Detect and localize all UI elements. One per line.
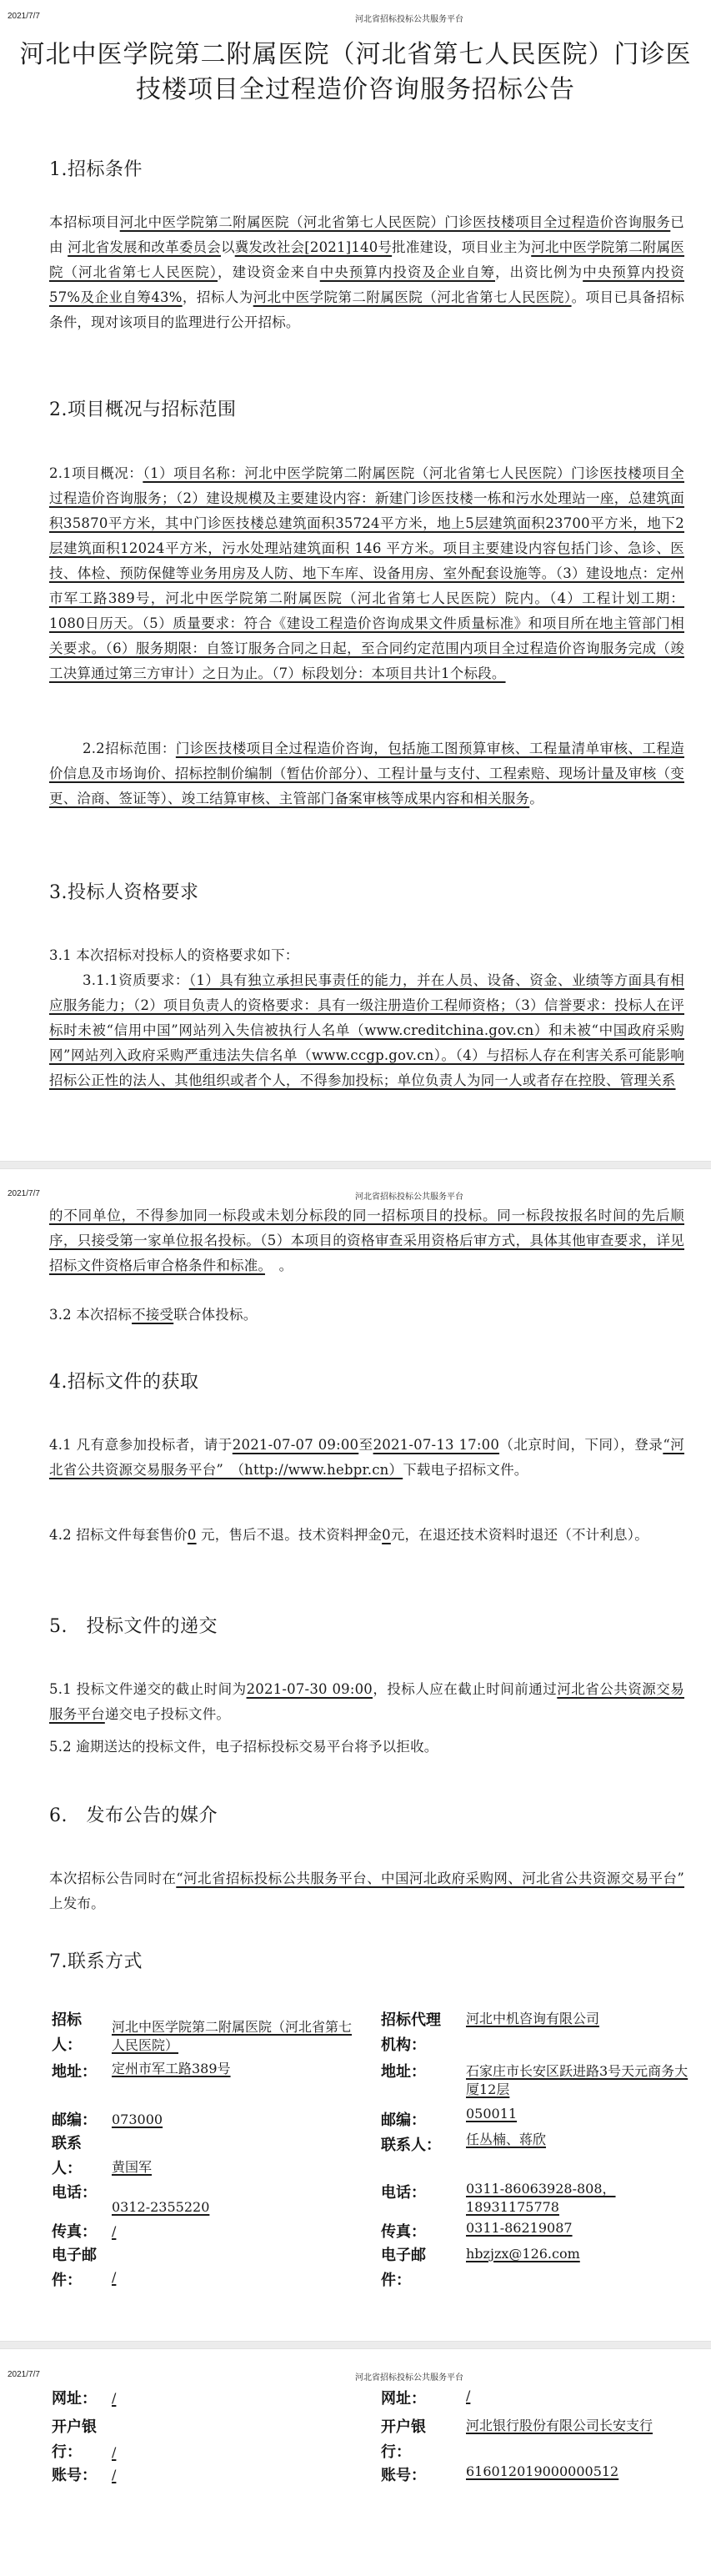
section-heading-4: 4.招标文件的获取	[49, 1368, 199, 1393]
text: ，建设资金来自	[218, 264, 320, 280]
print-date: 2021/7/7	[8, 1189, 40, 1198]
address-label: 地址：	[381, 2060, 426, 2085]
bank-label: 开户银行：	[381, 2415, 433, 2465]
contact-label: 联系人：	[381, 2133, 441, 2158]
postcode-label: 邮编：	[52, 2108, 97, 2133]
text: 5.1 投标文件递交的截止时间为	[49, 1681, 247, 1697]
publication-media-paragraph: 本次招标公告同时在“河北省招标投标公共服务平台、中国河北政府采购网、河北省公共资…	[49, 1866, 684, 1916]
text: ，投标人应在截止时间前通过	[373, 1681, 557, 1697]
project-overview-label: 2.1项目概况：	[49, 465, 143, 481]
phone-value: 0312-2355220	[112, 2198, 209, 2217]
consortium-text-b: 联合体投标。	[173, 1307, 257, 1323]
bank-label: 开户银行：	[52, 2415, 103, 2465]
section-heading-7: 7.联系方式	[49, 1947, 143, 1973]
underlined-text: 河北中医学院第二附属医院（河北省第七人民医院）	[253, 289, 572, 305]
project-overview-paragraph: 2.1项目概况：（1）项目名称：河北中医学院第二附属医院（河北省第七人民医院）门…	[49, 461, 684, 686]
account-label: 账号：	[381, 2463, 426, 2488]
underlined-text: “河北省招标投标公共服务平台、中国河北政府采购网、河北省公共资源交易平台”	[176, 1870, 684, 1886]
text: ，出资比例为	[495, 264, 583, 280]
qualification-requirements-part-2: 的不同单位，不得参加同一标段或未划分标段的同一招标项目的投标。同一标段按报名时间…	[49, 1203, 684, 1278]
tender-scope-end: 。	[529, 791, 543, 806]
email-label: 电子邮件：	[381, 2243, 433, 2293]
underlined-text: 2021-07-13 17:00	[373, 1437, 499, 1453]
bank-value: /	[112, 2443, 116, 2462]
text: 本招标项目	[49, 214, 120, 230]
text: 至	[358, 1437, 373, 1453]
fax-label: 传真：	[52, 2220, 97, 2245]
underlined-text: 2021-07-30 09:00	[247, 1681, 373, 1697]
qualification-end: 。	[265, 1258, 293, 1273]
underlined-text: 河北中医学院第二附属医院（河北省第七人民医院）门诊医技楼项目全过程造价咨询服务	[120, 214, 671, 230]
page-title: 河北中医学院第二附属医院（河北省第七人民医院）门诊医技楼项目全过程造价咨询服务招…	[17, 38, 694, 108]
text: 递交电子投标文件。	[105, 1706, 230, 1722]
print-date: 2021/7/7	[8, 12, 40, 21]
underlined-text: 0	[188, 1527, 197, 1543]
tender-scope-label: 2.2招标范围：	[83, 741, 176, 756]
fax-label: 传真：	[381, 2220, 426, 2245]
bank-value: 河北银行股份有限公司长安支行	[466, 2417, 688, 2435]
postcode-value: 073000	[112, 2111, 163, 2129]
fax-value: 0311-86219087	[466, 2219, 573, 2237]
text: ，招标人为	[183, 289, 253, 305]
website-label: 网址：	[381, 2387, 426, 2412]
text: （北京时间，下同），登录	[499, 1437, 663, 1453]
doc-price-paragraph: 4.2 招标文件每套售价0 元，售后不退。技术资料押金0元，在退还技术资料时退还…	[49, 1523, 684, 1548]
qualification-requirements-part-1: 3.1.1资质要求：（1）具有独立承担民事责任的能力，并在人员、设备、资金、业绩…	[49, 968, 684, 1153]
underlined-text: 冀发改社会[2021]140号	[235, 239, 392, 255]
tender-scope-paragraph: 2.2招标范围：门诊医技楼项目全过程造价咨询，包括施工图预算审核、工程量清单审核…	[49, 736, 684, 811]
consortium-paragraph: 3.2 本次招标不接受联合体投标。	[49, 1303, 684, 1328]
doc-acquisition-paragraph: 4.1 凡有意参加投标者，请于2021-07-07 09:00至2021-07-…	[49, 1433, 684, 1483]
email-value[interactable]: hbzjzx@126.com	[466, 2245, 580, 2263]
site-name: 河北省招标投标公共服务平台	[355, 1189, 463, 1202]
consortium-text-a: 3.2 本次招标	[49, 1307, 132, 1323]
page-header: 2021/7/7 河北省招标投标公共服务平台	[0, 12, 711, 32]
agency-value: 河北中机咨询有限公司	[466, 2010, 599, 2028]
website-value: /	[466, 2387, 470, 2405]
text: 上发布。	[49, 1896, 105, 1911]
text: 4.2 招标文件每套售价	[49, 1527, 188, 1543]
text: 元，售后不退。技术资料押金	[197, 1527, 383, 1543]
page-break	[0, 2341, 711, 2349]
account-label: 账号：	[52, 2463, 97, 2488]
project-overview-body: （1）项目名称：河北中医学院第二附属医院（河北省第七人民医院）门诊医技楼项目全过…	[49, 465, 684, 681]
qualification-body-b: 的不同单位，不得参加同一标段或未划分标段的同一招标项目的投标。同一标段按报名时间…	[49, 1208, 684, 1273]
website-value: /	[112, 2389, 116, 2408]
print-date: 2021/7/7	[8, 2370, 40, 2379]
website-label: 网址：	[52, 2387, 97, 2412]
phone-label: 电话：	[381, 2181, 426, 2206]
contact-value: 黄国军	[112, 2158, 152, 2177]
text: 以	[221, 239, 235, 255]
qualification-intro: 3.1 本次招标对投标人的资格要求如下：	[49, 943, 684, 968]
site-name: 河北省招标投标公共服务平台	[355, 12, 463, 24]
underlined-text: 0	[382, 1527, 391, 1543]
fax-value: /	[112, 2222, 116, 2241]
tenderer-value: 河北中医学院第二附属医院（河北省第七人民医院）	[112, 2018, 362, 2055]
phone-label: 电话：	[52, 2181, 97, 2206]
contact-label: 联系人：	[52, 2132, 89, 2182]
section-heading-1: 1.招标条件	[49, 155, 143, 181]
postcode-value: 050011	[466, 2105, 517, 2123]
tenderer-label: 招标人：	[52, 2008, 102, 2058]
postcode-label: 邮编：	[381, 2108, 426, 2133]
address-label: 地址：	[52, 2060, 97, 2085]
page-header: 2021/7/7 河北省招标投标公共服务平台	[0, 2370, 711, 2390]
section-heading-6: 6. 发布公告的媒介	[49, 1801, 218, 1827]
section-1-paragraph: 本招标项目河北中医学院第二附属医院（河北省第七人民医院）门诊医技楼项目全过程造价…	[49, 210, 684, 335]
account-value: /	[112, 2466, 116, 2484]
email-value: /	[112, 2268, 116, 2287]
text: 本次招标公告同时在	[49, 1870, 176, 1886]
text: 下载电子招标文件。	[403, 1462, 528, 1478]
agency-label: 招标代理机构：	[381, 2008, 449, 2058]
page-break	[0, 1161, 711, 1169]
section-heading-2: 2.项目概况与招标范围	[49, 395, 237, 421]
address-value: 定州市军工路389号	[112, 2060, 231, 2078]
underlined-text: 2021-07-07 09:00	[233, 1437, 358, 1453]
qualification-body-a: （1）具有独立承担民事责任的能力，并在人员、设备、资金、业绩等方面具有相应服务能…	[49, 972, 684, 1088]
underlined-text: 中央预算内投资及企业自筹	[320, 264, 495, 280]
section-heading-5: 5. 投标文件的递交	[49, 1612, 218, 1638]
phone-value: 0311-86063928-808，18931175778	[466, 2180, 633, 2217]
section-heading-3: 3.投标人资格要求	[49, 878, 199, 904]
qualification-label: 3.1.1资质要求：	[83, 972, 189, 988]
text: 批准建设，项目业主为	[392, 239, 531, 255]
underlined-text: 河北省发展和改革委员会	[68, 239, 221, 255]
late-submission-paragraph: 5.2 逾期送达的投标文件，电子招标投标交易平台将予以拒收。	[49, 1735, 684, 1760]
submission-deadline-paragraph: 5.1 投标文件递交的截止时间为2021-07-30 09:00，投标人应在截止…	[49, 1677, 684, 1727]
site-name: 河北省招标投标公共服务平台	[355, 2370, 463, 2383]
contact-value: 任丛楠、蒋欣	[466, 2131, 546, 2149]
text: 元，在退还技术资料时退还（不计利息）。	[391, 1527, 648, 1543]
address-value: 石家庄市长安区跃进路3号天元商务大厦12层	[466, 2062, 696, 2099]
consortium-not-accepted: 不接受	[132, 1307, 173, 1323]
email-label: 电子邮件：	[52, 2243, 103, 2293]
account-value: 616012019000000512	[466, 2463, 618, 2481]
text: 4.1 凡有意参加投标者，请于	[49, 1437, 233, 1453]
